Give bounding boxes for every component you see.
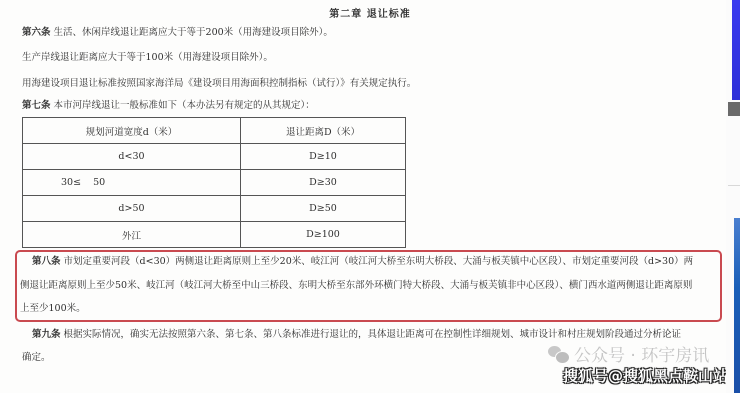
table-header-row: 规划河道宽度d（米） 退让距离D（米） (23, 118, 406, 144)
article-9: 第九条 根据实际情况，确实无法按照第六条、第七条、第八条标准进行退让的，具体退让… (32, 329, 681, 341)
article-7: 第七条 本市河岸线退让一般标准如下（本办法另有规定的从其规定）： (22, 100, 315, 112)
table-row: 外江 D≥100 (23, 222, 406, 248)
divider (728, 185, 740, 186)
table-cell: D≥30 (241, 170, 406, 196)
table-header-cell: 退让距离D（米） (241, 118, 406, 144)
article-8-text-1: 市划定重要河段（d<30）两侧退让距离原则上至少20米、岐江河（岐江河大桥至东明… (61, 256, 694, 267)
article-9-label: 第九条 (32, 329, 61, 340)
article-9-text-1: 根据实际情况，确实无法按照第六条、第七条、第八条标准进行退让的，具体退让距离可在… (61, 329, 682, 340)
article-8-label: 第八条 (32, 256, 61, 267)
table-row: d>50 D≥50 (23, 196, 406, 222)
table-cell: d<30 (23, 144, 241, 170)
article-6: 第六条 生活、休闲岸线退让距离应大于等于200米（用海建设项目除外）。 (22, 27, 333, 39)
table-cell: D≥50 (241, 196, 406, 222)
setback-standard-table: 规划河道宽度d（米） 退让距离D（米） d<30 D≥10 30≤ 50 D≥3… (22, 117, 406, 248)
table-cell: 30≤ 50 (23, 170, 241, 196)
article-8-line-3: 上至少100米。 (20, 303, 86, 315)
wechat-icon (548, 346, 568, 362)
side-blue-block-lower (734, 218, 740, 393)
table-row: 30≤ 50 D≥30 (23, 170, 406, 196)
table-cell: d>50 (23, 196, 241, 222)
side-panel-edge (726, 0, 740, 393)
side-blue-block (732, 0, 740, 100)
article-7-label: 第七条 (22, 100, 51, 111)
watermark-text: 公众号 · 环宇房讯 (574, 341, 709, 366)
production-line-text: 生产岸线退让距离应大于等于100米（用海建设项目除外）。 (22, 52, 273, 64)
article-9-line-2: 确定。 (22, 352, 51, 364)
document-page: 第二章 退让标准 第六条 生活、休闲岸线退让距离应大于等于200米（用海建设项目… (0, 0, 726, 393)
article-6-text: 生活、休闲岸线退让距离应大于等于200米（用海建设项目除外）。 (51, 27, 333, 38)
article-7-text: 本市河岸线退让一般标准如下（本办法另有规定的从其规定）： (51, 100, 315, 111)
table-header-cell: 规划河道宽度d（米） (23, 118, 241, 144)
table-cell: D≥10 (241, 144, 406, 170)
article-6-label: 第六条 (22, 27, 51, 38)
table-row: d<30 D≥10 (23, 144, 406, 170)
article-8-line-1: 第八条 市划定重要河段（d<30）两侧退让距离原则上至少20米、岐江河（岐江河大… (32, 256, 693, 268)
sea-use-standard-text: 用海建设项目退让标准按照国家海洋局《建设项目用海面积控制指标（试行）》有关规定执… (22, 78, 416, 90)
chapter-title: 第二章 退让标准 (0, 5, 740, 20)
table-cell: 外江 (23, 222, 241, 248)
table-cell: D≥100 (241, 222, 406, 248)
side-grey-tab (728, 102, 740, 116)
source-label: 搜狐号@搜狐黑点鞍山站 (563, 365, 728, 386)
article-8-line-2: 侧退让距离原则上至少50米、岐江河（岐江河大桥至中山三桥段、东明大桥至东部外环横… (20, 280, 692, 292)
watermark: 公众号 · 环宇房讯 (548, 341, 709, 366)
